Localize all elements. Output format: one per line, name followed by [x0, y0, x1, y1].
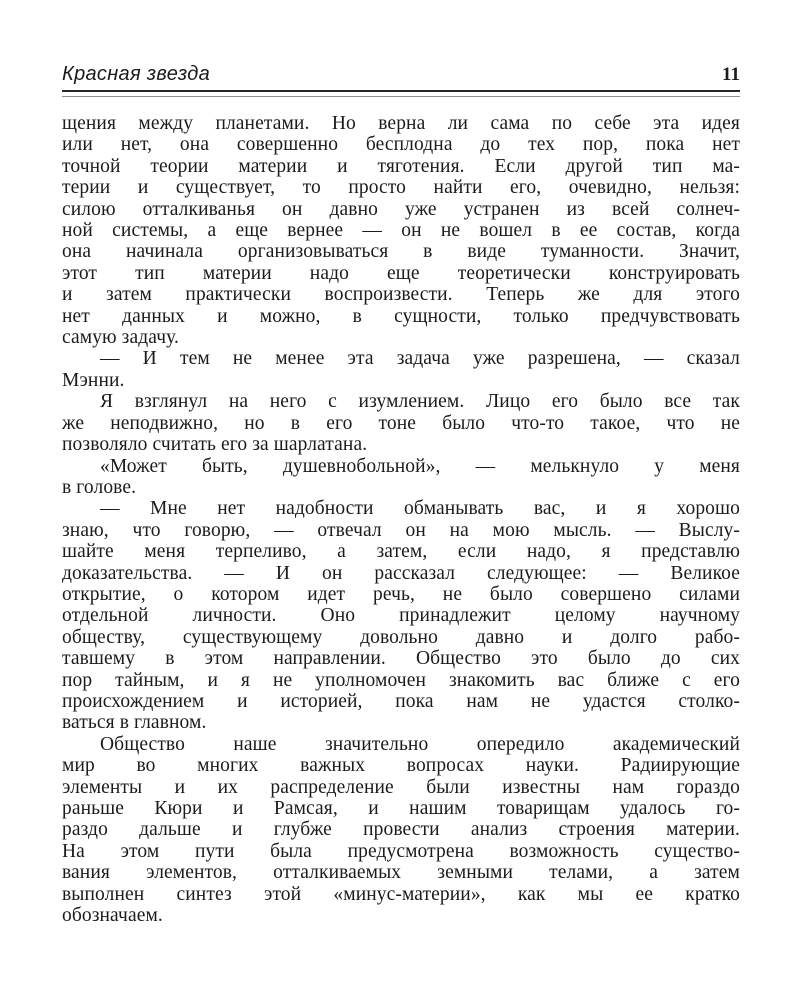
text-line: обозначаем.	[62, 905, 740, 926]
header-rule	[62, 90, 740, 97]
text-line: или нет, она совершенно бесплодна до тех…	[62, 134, 740, 155]
text-line: знаю, что говорю, — отвечал он на мою мы…	[62, 520, 740, 541]
text-line: отдельной личности. Оно принадлежит цело…	[62, 605, 740, 626]
text-line: она начинала организовываться в виде тум…	[62, 241, 740, 262]
text-line: ной системы, а еще вернее — он не вошел …	[62, 220, 740, 241]
text-line: — Мне нет надобности обманывать вас, и я…	[62, 498, 740, 519]
text-line: — И тем не менее эта задача уже разрешен…	[62, 348, 740, 369]
text-line: щения между планетами. Но верна ли сама …	[62, 113, 740, 134]
text-line: и затем практически воспроизвести. Тепер…	[62, 284, 740, 305]
text-line: же неподвижно, но в его тоне было что-то…	[62, 413, 740, 434]
text-line: пор тайным, и я не уполномочен знакомить…	[62, 670, 740, 691]
page-number: 11	[722, 64, 740, 86]
text-line: силою отталкиванья он давно уже устранен…	[62, 199, 740, 220]
text-line: самую задачу.	[62, 327, 740, 348]
text-line: На этом пути была предусмотрена возможно…	[62, 841, 740, 862]
text-line: доказательства. — И он рассказал следующ…	[62, 563, 740, 584]
text-line: Мэнни.	[62, 370, 740, 391]
text-line: выполнен синтез этой «минус-материи», ка…	[62, 884, 740, 905]
text-line: терии и существует, то просто найти его,…	[62, 177, 740, 198]
text-line: позволяло считать его за шарлатана.	[62, 434, 740, 455]
text-line: этот тип материи надо еще теоретически к…	[62, 263, 740, 284]
text-line: ваться в главном.	[62, 712, 740, 733]
text-line: нет данных и можно, в сущности, только п…	[62, 306, 740, 327]
text-line: Общество наше значительно опередило акад…	[62, 734, 740, 755]
text-line: вания элементов, отталкиваемых земными т…	[62, 862, 740, 883]
text-line: элементы и их распределение были известн…	[62, 777, 740, 798]
text-line: обществу, существующему довольно давно и…	[62, 627, 740, 648]
text-line: тавшему в этом направлении. Общество это…	[62, 648, 740, 669]
running-header-title: Красная звезда	[62, 63, 210, 86]
text-line: Я взглянул на него с изумлением. Лицо ег…	[62, 391, 740, 412]
text-line: открытие, о котором идет речь, не было с…	[62, 584, 740, 605]
running-header: Красная звезда 11	[62, 0, 740, 86]
text-line: «Может быть, душевнобольной», — мелькнул…	[62, 456, 740, 477]
text-line: мир во многих важных вопросах науки. Рад…	[62, 755, 740, 776]
page-body-text: щения между планетами. Но верна ли сама …	[62, 113, 740, 926]
text-line: шайте меня терпеливо, а затем, если надо…	[62, 541, 740, 562]
text-line: в голове.	[62, 477, 740, 498]
text-line: происхождением и историей, пока нам не у…	[62, 691, 740, 712]
text-line: раздо дальше и глубже провести анализ ст…	[62, 819, 740, 840]
book-page: Красная звезда 11 щения между планетами.…	[0, 0, 800, 1000]
text-line: раньше Кюри и Рамсая, и нашим товарищам …	[62, 798, 740, 819]
text-line: точной теории материи и тяготения. Если …	[62, 156, 740, 177]
